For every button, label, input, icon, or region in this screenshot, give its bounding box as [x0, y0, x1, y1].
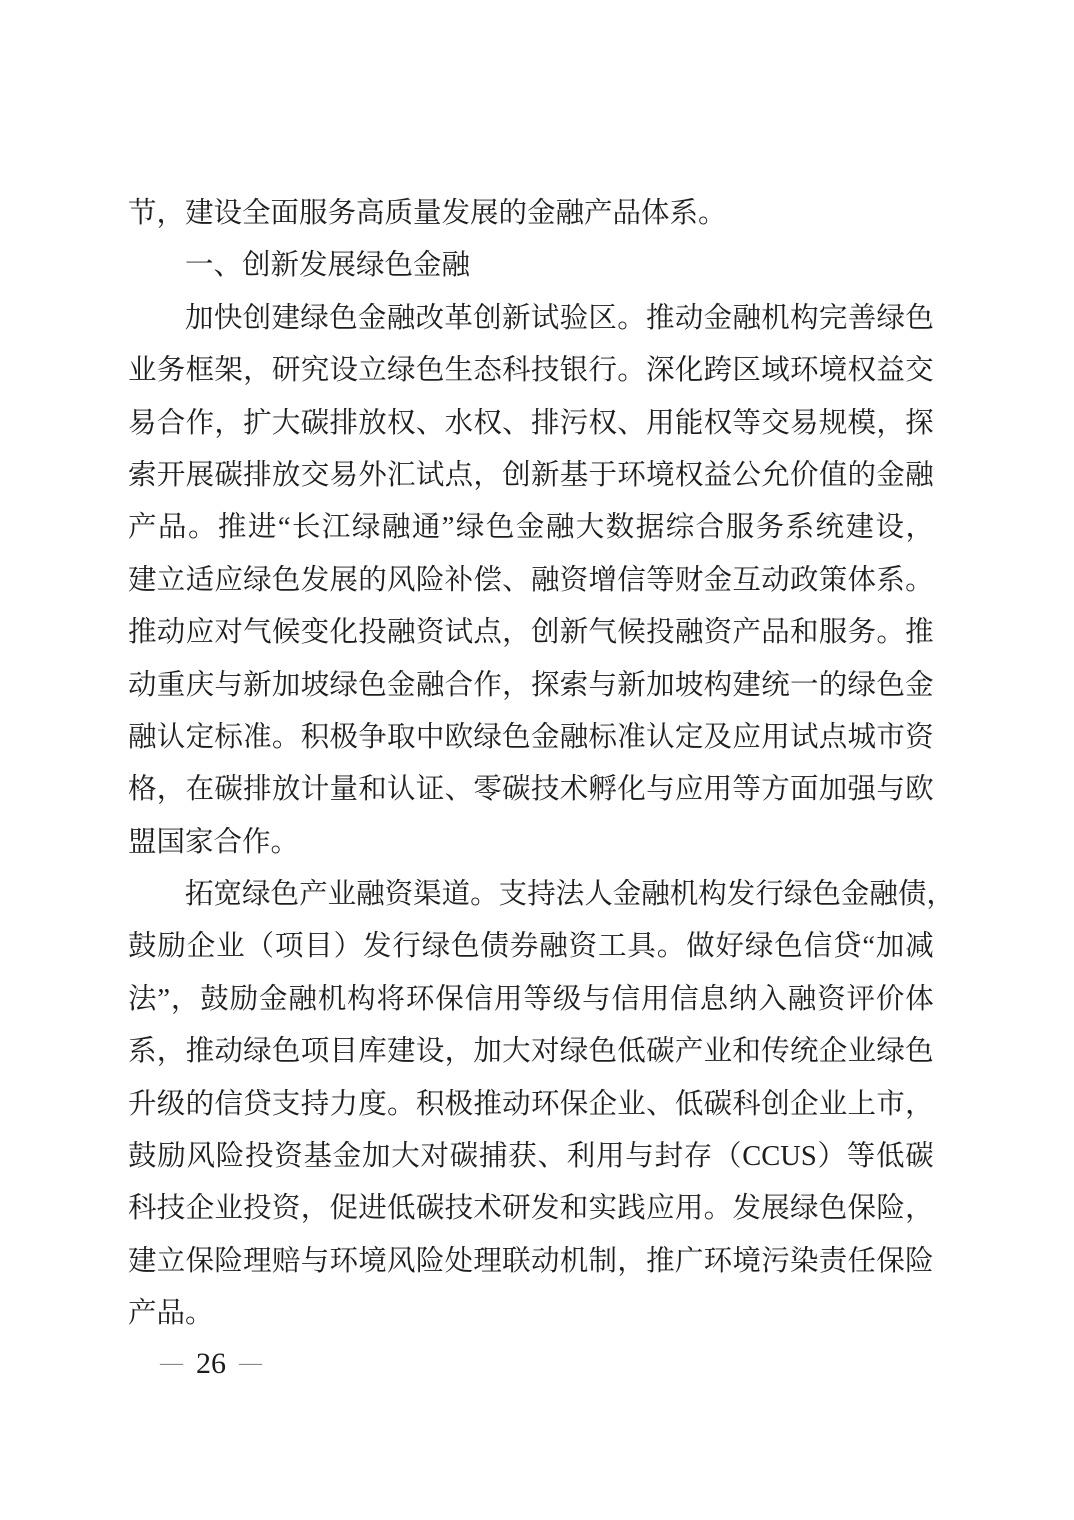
text-line: 节，建设全面服务高质量发展的金融产品体系。	[128, 188, 934, 240]
document-body: 节，建设全面服务高质量发展的金融产品体系。一、创新发展绿色金融加快创建绿色金融改…	[128, 188, 934, 1341]
text-line: 盟国家合作。	[128, 817, 934, 869]
text-line: 一、创新发展绿色金融	[128, 240, 934, 292]
text-line: 索开展碳排放交易外汇试点，创新基于环境权益公允价值的金融	[128, 450, 934, 502]
text-line: 法”，鼓励金融机构将环保信用等级与信用信息纳入融资评价体	[128, 974, 934, 1026]
text-line: 建立保险理赔与环境风险处理联动机制，推广环境污染责任保险	[128, 1236, 934, 1288]
text-line: 建立适应绿色发展的风险补偿、融资增信等财金互动政策体系。	[128, 555, 934, 607]
text-line: 业务框架，研究设立绿色生态科技银行。深化跨区域环境权益交	[128, 345, 934, 397]
page-number: 26	[196, 1345, 226, 1383]
text-line: 升级的信贷支持力度。积极推动环保企业、低碳科创企业上市，	[128, 1079, 934, 1131]
section-heading-1: 一、创新发展绿色金融	[128, 240, 934, 292]
text-line: 易合作，扩大碳排放权、水权、排污权、用能权等交易规模，探	[128, 398, 934, 450]
text-line: 鼓励风险投资基金加大对碳捕获、利用与封存（CCUS）等低碳	[128, 1131, 934, 1183]
text-line: 融认定标准。积极争取中欧绿色金融标准认定及应用试点城市资	[128, 712, 934, 764]
footer-dash-left: —	[160, 1351, 183, 1374]
text-line: 动重庆与新加坡绿色金融合作，探索与新加坡构建统一的绿色金	[128, 660, 934, 712]
opening-continuation-paragraph: 节，建设全面服务高质量发展的金融产品体系。	[128, 188, 934, 240]
text-line: 产品。	[128, 1288, 934, 1340]
footer-dash-right: —	[239, 1351, 262, 1374]
green-finance-paragraph: 加快创建绿色金融改革创新试验区。推动金融机构完善绿色业务框架，研究设立绿色生态科…	[128, 293, 934, 869]
page-footer: — 26 —	[160, 1344, 262, 1384]
text-line: 格，在碳排放计量和认证、零碳技术孵化与应用等方面加强与欧	[128, 764, 934, 816]
text-line: 鼓励企业（项目）发行绿色债券融资工具。做好绿色信贷“加减	[128, 921, 934, 973]
text-line: 科技企业投资，促进低碳技术研发和实践应用。发展绿色保险，	[128, 1183, 934, 1235]
green-industry-financing-paragraph: 拓宽绿色产业融资渠道。支持法人金融机构发行绿色金融债，鼓励企业（项目）发行绿色债…	[128, 869, 934, 1341]
document-page: 节，建设全面服务高质量发展的金融产品体系。一、创新发展绿色金融加快创建绿色金融改…	[0, 0, 1074, 1520]
text-line: 产品。推进“长江绿融通”绿色金融大数据综合服务系统建设，	[128, 502, 934, 554]
text-line: 系，推动绿色项目库建设，加大对绿色低碳产业和传统企业绿色	[128, 1026, 934, 1078]
text-line: 加快创建绿色金融改革创新试验区。推动金融机构完善绿色	[128, 293, 934, 345]
text-line: 拓宽绿色产业融资渠道。支持法人金融机构发行绿色金融债，	[128, 869, 934, 921]
text-line: 推动应对气候变化投融资试点，创新气候投融资产品和服务。推	[128, 607, 934, 659]
